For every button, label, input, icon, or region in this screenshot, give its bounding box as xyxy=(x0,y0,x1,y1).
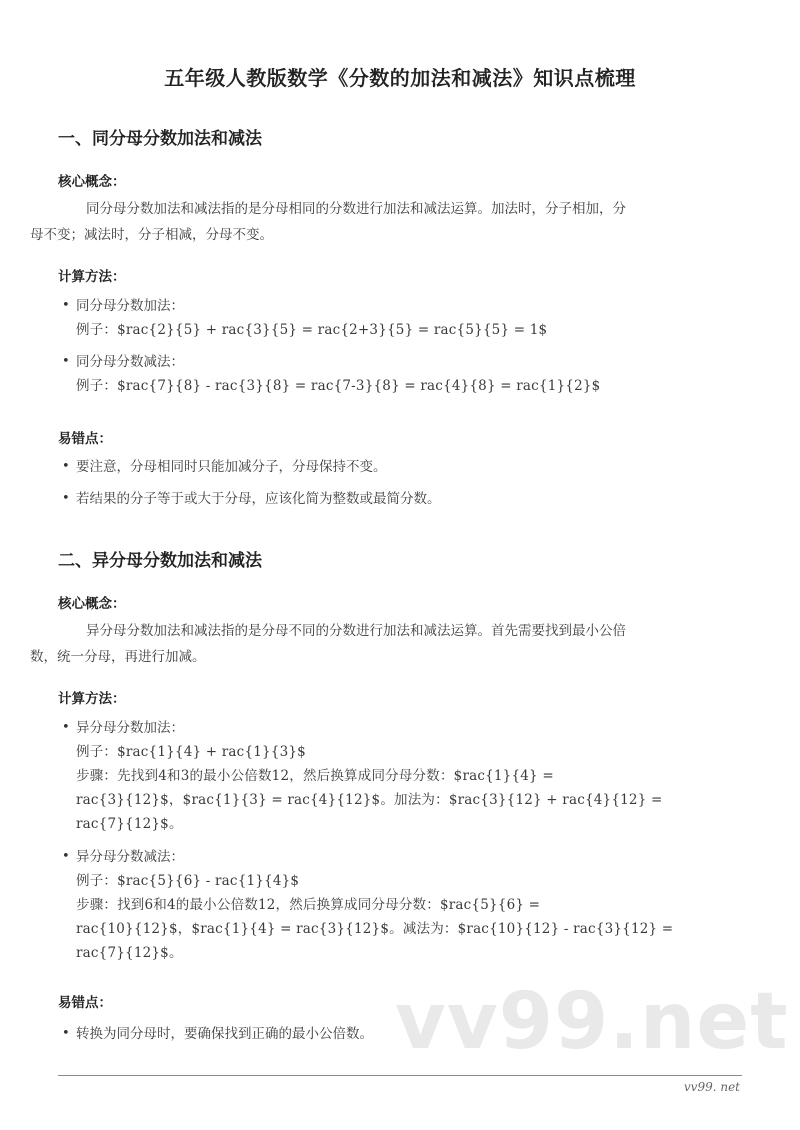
method-step: 步骤：先找到4和3的最小公倍数12，然后换算成同分母分数：$rac{1}{4} … xyxy=(76,764,746,788)
method-example: 例子：$rac{1}{4} + rac{1}{3}$ xyxy=(76,740,746,764)
pitfall-text: 转换为同分母时，要确保找到正确的最小公倍数。 xyxy=(76,1022,746,1046)
section-2-concept-paragraph: 异分母分数加法和减法指的是分母不同的分数进行加法和减法运算。首先需要找到最小公倍… xyxy=(58,618,748,670)
section-2-method-subtraction: • 异分母分数减法： 例子：$rac{5}{6} - rac{1}{4}$ 步骤… xyxy=(76,845,746,965)
concept-line: 同分母分数加法和减法指的是分母相同的分数进行加法和减法运算。加法时，分子相加，分 xyxy=(86,201,626,217)
section-1-pitfall-label: 易错点： xyxy=(58,427,112,447)
section-1-method-addition: • 同分母分数加法： 例子：$rac{2}{5} + rac{3}{5} = r… xyxy=(76,294,746,342)
method-example: 例子：$rac{2}{5} + rac{3}{5} = rac{2+3}{5} … xyxy=(76,318,746,342)
concept-line: 异分母分数加法和减法指的是分母不同的分数进行加法和减法运算。首先需要找到最小公倍 xyxy=(86,623,626,639)
bullet-icon: • xyxy=(62,487,70,511)
section-2-heading: 二、异分母分数加法和减法 xyxy=(58,546,262,571)
section-1-heading: 一、同分母分数加法和减法 xyxy=(58,124,262,149)
section-2-method-label: 计算方法： xyxy=(58,687,126,707)
method-name: 异分母分数减法： xyxy=(76,845,746,869)
pitfall-text: 若结果的分子等于或大于分母，应该化简为整数或最简分数。 xyxy=(76,487,746,511)
bullet-icon: • xyxy=(62,716,70,740)
section-1-pitfall: • 若结果的分子等于或大于分母，应该化简为整数或最简分数。 xyxy=(76,487,746,511)
method-example: 例子：$rac{7}{8} - rac{3}{8} = rac{7-3}{8} … xyxy=(76,374,746,398)
footer-divider xyxy=(58,1075,742,1076)
section-1-concept-label: 核心概念： xyxy=(58,170,126,190)
method-step: rac{7}{12}$。 xyxy=(76,941,746,965)
section-2-method-addition: • 异分母分数加法： 例子：$rac{1}{4} + rac{1}{3}$ 步骤… xyxy=(76,716,746,836)
method-step: rac{7}{12}$。 xyxy=(76,812,746,836)
method-name: 异分母分数加法： xyxy=(76,716,746,740)
bullet-icon: • xyxy=(62,455,70,479)
method-name: 同分母分数加法： xyxy=(76,294,746,318)
section-2-concept-label: 核心概念： xyxy=(58,592,126,612)
section-1-method-label: 计算方法： xyxy=(58,265,126,285)
method-name: 同分母分数减法： xyxy=(76,350,746,374)
document-title: 五年级人教版数学《分数的加法和减法》知识点梳理 xyxy=(0,62,800,91)
footer-site-label: vv99. net xyxy=(684,1080,740,1094)
pitfall-text: 要注意，分母相同时只能加减分子，分母保持不变。 xyxy=(76,455,746,479)
bullet-icon: • xyxy=(62,350,70,374)
method-step: 步骤：找到6和4的最小公倍数12，然后换算成同分母分数：$rac{5}{6} = xyxy=(76,893,746,917)
document-page: vv99.net 五年级人教版数学《分数的加法和减法》知识点梳理 一、同分母分数… xyxy=(0,0,800,1130)
bullet-icon: • xyxy=(62,294,70,318)
concept-line: 母不变；减法时，分子相减，分母不变。 xyxy=(30,227,273,243)
section-1-concept-paragraph: 同分母分数加法和减法指的是分母相同的分数进行加法和减法运算。加法时，分子相加，分… xyxy=(58,196,748,248)
bullet-icon: • xyxy=(62,1022,70,1046)
section-2-pitfall: • 转换为同分母时，要确保找到正确的最小公倍数。 xyxy=(76,1022,746,1046)
section-2-pitfall-label: 易错点： xyxy=(58,991,112,1011)
section-1-method-subtraction: • 同分母分数减法： 例子：$rac{7}{8} - rac{3}{8} = r… xyxy=(76,350,746,398)
concept-line: 数，统一分母，再进行加减。 xyxy=(30,649,206,665)
method-example: 例子：$rac{5}{6} - rac{1}{4}$ xyxy=(76,869,746,893)
method-step: rac{3}{12}$，$rac{1}{3} = rac{4}{12}$。加法为… xyxy=(76,788,746,812)
bullet-icon: • xyxy=(62,845,70,869)
method-step: rac{10}{12}$，$rac{1}{4} = rac{3}{12}$。减法… xyxy=(76,917,746,941)
section-1-pitfall: • 要注意，分母相同时只能加减分子，分母保持不变。 xyxy=(76,455,746,479)
